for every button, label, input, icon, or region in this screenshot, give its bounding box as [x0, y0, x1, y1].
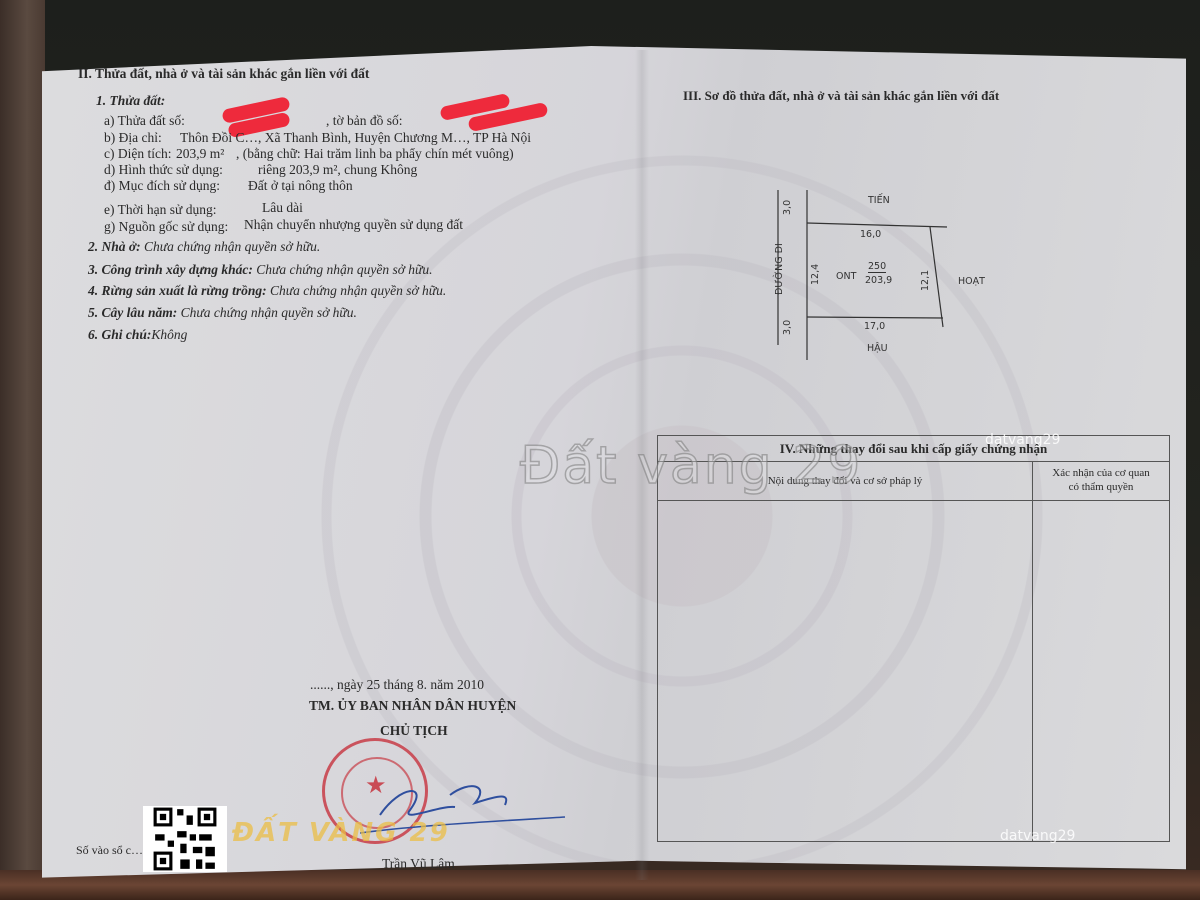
edge-bottom-length: 17,0 — [864, 321, 885, 332]
issue-date: ......, ngày 25 tháng 8. năm 2010 — [310, 677, 484, 693]
signer-title: CHỦ TỊCH — [380, 723, 448, 739]
area-label: c) Diện tích: — [104, 146, 171, 162]
item-label: 2. Nhà ở: — [88, 239, 141, 254]
road-width-top: 3,0 — [782, 200, 793, 215]
boundary-top-label: TIẾN — [868, 195, 890, 206]
item-value: Không — [151, 327, 187, 342]
item-other-constructions: 3. Công trình xây dựng khác: Chưa chứng … — [88, 262, 433, 278]
boundary-bottom-label: HẬU — [867, 343, 888, 354]
origin-label: g) Nguồn gốc sử dụng: — [104, 219, 228, 235]
center-watermark: Đất vàng 29 — [520, 436, 862, 496]
origin-value: Nhận chuyển nhượng quyền sử dụng đất — [244, 217, 463, 233]
parcel-number: 250 — [868, 261, 886, 273]
watermark-small-bottom: datvang29 — [1000, 828, 1075, 844]
road-width-bottom: 3,0 — [782, 320, 793, 335]
item-perennial-trees: 5. Cây lâu năm: Chưa chứng nhận quyền sở… — [88, 305, 357, 321]
changes-table: IV. Những thay đổi sau khi cấp giấy chứn… — [657, 435, 1170, 842]
parcel-area: 203,9 — [865, 275, 892, 286]
usage-form-value: riêng 203,9 m², chung Không — [258, 162, 417, 178]
purpose-label: đ) Mục đích sử dụng: — [104, 178, 220, 194]
item-forest: 4. Rừng sản xuất là rừng trồng: Chưa chứ… — [88, 283, 446, 299]
background-table-edge — [0, 870, 1200, 900]
registry-number-label: Số vào sổ c… g — [76, 842, 152, 858]
issuing-authority: TM. ỦY BAN NHÂN DÂN HUYỆN — [309, 698, 516, 714]
signer-name: Trần Vũ Lâm — [382, 856, 455, 872]
item-notes: 6. Ghi chú:Không — [88, 327, 187, 343]
confirmation-header-line2: có thẩm quyền — [1033, 480, 1169, 494]
confirmation-header-line1: Xác nhận của cơ quan — [1033, 466, 1169, 480]
land-type-code: ONT — [836, 271, 856, 282]
item-value: Chưa chứng nhận quyền sở hữu. — [181, 305, 357, 320]
parcel-label: a) Thửa đất số: — [104, 113, 185, 129]
item-value: Chưa chứng nhận quyền sở hữu. — [256, 262, 432, 277]
watermark-small-top: datvang29 — [985, 432, 1060, 448]
road-label: ĐƯỜNG ĐI — [774, 243, 785, 295]
edge-top-length: 16,0 — [860, 229, 881, 240]
item-label: 6. Ghi chú: — [88, 327, 151, 342]
qr-code[interactable] — [143, 806, 227, 872]
item-label: 4. Rừng sản xuất là rừng trồng: — [88, 283, 267, 298]
item-house: 2. Nhà ở: Chưa chứng nhận quyền sở hữu. — [88, 239, 320, 255]
parcel-diagram: TIẾN HẬU HOẠT ĐƯỜNG ĐI 3,0 3,0 16,0 17,0… — [770, 185, 1000, 360]
item-label: 3. Công trình xây dựng khác: — [88, 262, 253, 277]
item-label: 5. Cây lâu năm: — [88, 305, 177, 320]
address-value: Thôn Đồi C…, Xã Thanh Bình, Huyện Chương… — [180, 130, 531, 146]
changes-column-confirmation: Xác nhận của cơ quan có thẩm quyền — [1033, 462, 1169, 501]
term-value: Lâu dài — [262, 200, 303, 216]
edge-right-length: 12,1 — [920, 270, 931, 291]
map-sheet-label: , tờ bản đồ số: — [326, 113, 403, 129]
purpose-value: Đất ở tại nông thôn — [248, 178, 353, 194]
term-label: e) Thời hạn sử dụng: — [104, 202, 216, 218]
item-value: Chưa chứng nhận quyền sở hữu. — [144, 239, 320, 254]
section-ii-title: II. Thửa đất, nhà ở và tài sản khác gắn … — [78, 66, 369, 82]
land-heading: 1. Thửa đất: — [96, 93, 165, 109]
area-words: , (bằng chữ: Hai trăm linh ba phẩy chín … — [236, 146, 514, 162]
background-left — [0, 0, 45, 900]
edge-left-length: 12,4 — [810, 264, 821, 285]
area-value: 203,9 m² — [176, 146, 224, 162]
boundary-right-label: HOẠT — [958, 276, 985, 287]
item-value: Chưa chứng nhận quyền sở hữu. — [270, 283, 446, 298]
section-iii-title: III. Sơ đồ thửa đất, nhà ở và tài sản kh… — [683, 88, 999, 104]
table-divider — [1032, 462, 1033, 841]
address-label: b) Địa chỉ: — [104, 130, 162, 146]
gold-watermark: ĐẤT VÀNG 29 — [232, 818, 450, 848]
usage-form-label: d) Hình thức sử dụng: — [104, 162, 223, 178]
